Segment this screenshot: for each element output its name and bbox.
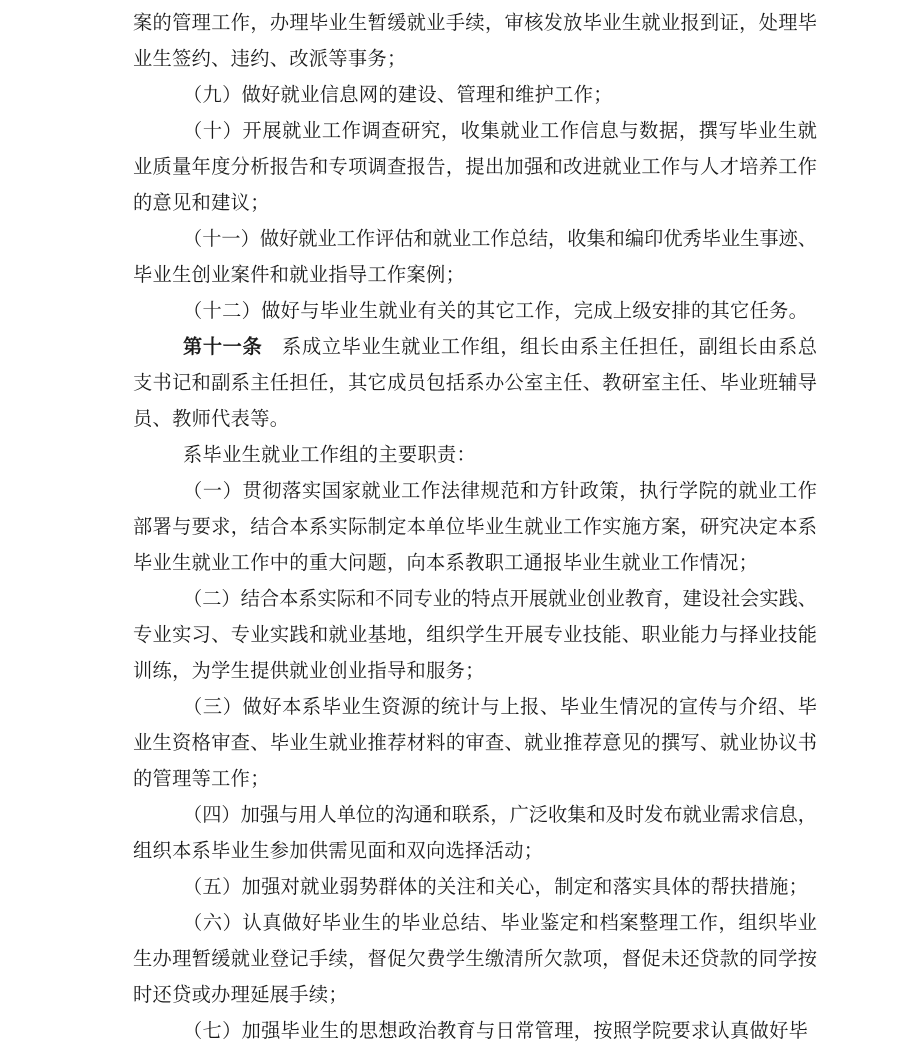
paragraph: （七）加强毕业生的思想政治教育与日常管理，按照学院要求认真做好毕 (133, 1014, 817, 1047)
text-line: （二）结合本系实际和不同专业的特点开展就业创业教育，建设社会实践、 (133, 582, 817, 618)
text-line: 毕业生创业案件和就业指导工作案例； (133, 258, 817, 294)
text-line: 案的管理工作，办理毕业生暂缓就业手续，审核发放毕业生就业报到证，处理毕 (133, 6, 817, 42)
text-line: （三）做好本系毕业生资源的统计与上报、毕业生情况的宣传与介绍、毕 (133, 690, 817, 726)
paragraph: （二）结合本系实际和不同专业的特点开展就业创业教育，建设社会实践、专业实习、专业… (133, 582, 817, 690)
text-line: 时还贷或办理延展手续； (133, 978, 817, 1014)
text-line: （六）认真做好毕业生的毕业总结、毕业鉴定和档案整理工作，组织毕业 (133, 906, 817, 942)
paragraph: （十）开展就业工作调查研究，收集就业工作信息与数据，撰写毕业生就业质量年度分析报… (133, 114, 817, 222)
text-line: 支书记和副系主任担任，其它成员包括系办公室主任、教研室主任、毕业班辅导 (133, 366, 817, 402)
paragraph: 系毕业生就业工作组的主要职责： (133, 438, 817, 474)
text-line: （九）做好就业信息网的建设、管理和维护工作； (133, 78, 817, 114)
paragraph: （六）认真做好毕业生的毕业总结、毕业鉴定和档案整理工作，组织毕业生办理暂缓就业登… (133, 906, 817, 1014)
text-line: 的管理等工作； (133, 762, 817, 798)
text-line: （五）加强对就业弱势群体的关注和关心，制定和落实具体的帮扶措施； (133, 870, 817, 906)
paragraph: 案的管理工作，办理毕业生暂缓就业手续，审核发放毕业生就业报到证，处理毕业生签约、… (133, 6, 817, 78)
text-line: 业生资格审查、毕业生就业推荐材料的审查、就业推荐意见的撰写、就业协议书 (133, 726, 817, 762)
text-line: （十一）做好就业工作评估和就业工作总结，收集和编印优秀毕业生事迹、 (133, 222, 817, 258)
text-line: 训练，为学生提供就业创业指导和服务； (133, 654, 817, 690)
paragraph: 第十一条 系成立毕业生就业工作组，组长由系主任担任，副组长由系总支书记和副系主任… (133, 330, 817, 438)
text-line: （一）贯彻落实国家就业工作法律规范和方针政策，执行学院的就业工作 (133, 474, 817, 510)
text-line: 毕业生就业工作中的重大问题，向本系教职工通报毕业生就业工作情况； (133, 546, 817, 582)
paragraph: （三）做好本系毕业生资源的统计与上报、毕业生情况的宣传与介绍、毕业生资格审查、毕… (133, 690, 817, 798)
article-number: 第十一条 (183, 337, 262, 358)
text-line: （四）加强与用人单位的沟通和联系，广泛收集和及时发布就业需求信息， (133, 798, 817, 834)
text-line: 组织本系毕业生参加供需见面和双向选择活动； (133, 834, 817, 870)
text-line: 业生签约、违约、改派等事务； (133, 42, 817, 78)
text-line: （七）加强毕业生的思想政治教育与日常管理，按照学院要求认真做好毕 (133, 1014, 817, 1047)
text-line: 的意见和建议； (133, 186, 817, 222)
paragraph: （五）加强对就业弱势群体的关注和关心，制定和落实具体的帮扶措施； (133, 870, 817, 906)
paragraph: （十二）做好与毕业生就业有关的其它工作，完成上级安排的其它任务。 (133, 294, 817, 330)
text-line: 业质量年度分析报告和专项调查报告，提出加强和改进就业工作与人才培养工作 (133, 150, 817, 186)
text-line: 生办理暂缓就业登记手续，督促欠费学生缴清所欠款项，督促未还贷款的同学按 (133, 942, 817, 978)
text-line: 第十一条 系成立毕业生就业工作组，组长由系主任担任，副组长由系总 (133, 330, 817, 366)
text-line: （十二）做好与毕业生就业有关的其它工作，完成上级安排的其它任务。 (133, 294, 817, 330)
text-line: 部署与要求，结合本系实际制定本单位毕业生就业工作实施方案，研究决定本系 (133, 510, 817, 546)
text-line: （十）开展就业工作调查研究，收集就业工作信息与数据，撰写毕业生就 (133, 114, 817, 150)
document-page: 案的管理工作，办理毕业生暂缓就业手续，审核发放毕业生就业报到证，处理毕业生签约、… (0, 0, 900, 1047)
paragraph: （四）加强与用人单位的沟通和联系，广泛收集和及时发布就业需求信息，组织本系毕业生… (133, 798, 817, 870)
paragraph: （九）做好就业信息网的建设、管理和维护工作； (133, 78, 817, 114)
text-line: 员、教师代表等。 (133, 402, 817, 438)
text-line: 专业实习、专业实践和就业基地，组织学生开展专业技能、职业能力与择业技能 (133, 618, 817, 654)
text-line: 系毕业生就业工作组的主要职责： (133, 438, 817, 474)
paragraph: （一）贯彻落实国家就业工作法律规范和方针政策，执行学院的就业工作部署与要求，结合… (133, 474, 817, 582)
paragraph: （十一）做好就业工作评估和就业工作总结，收集和编印优秀毕业生事迹、毕业生创业案件… (133, 222, 817, 294)
